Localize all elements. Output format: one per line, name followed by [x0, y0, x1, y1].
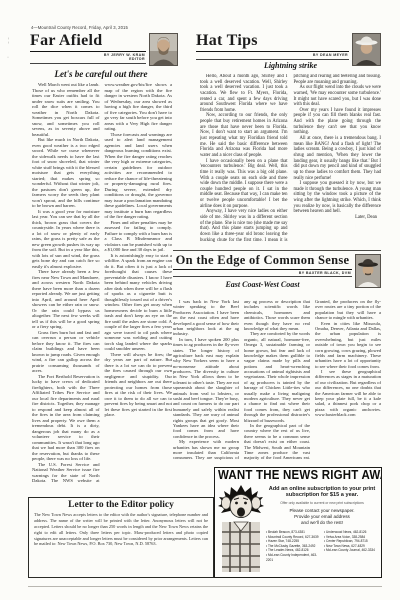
ad-paper-item: McLean County Journal, 462-3334	[324, 548, 378, 553]
hat-tips-headline: Lightning strike	[200, 62, 381, 70]
far-afield-byline: BY JERRY W. KRAM EDITOR	[30, 52, 146, 64]
page-bottom-rule	[28, 586, 382, 587]
ad-paper-list-left: Beulah Beacon, 873-4381Mountrail County …	[266, 530, 320, 562]
hat-tips-byline: BY DEAN MEYER	[196, 52, 349, 60]
far-afield-paragraph: The Fort Berthold Reservation is lucky t…	[32, 374, 100, 462]
hat-tips-paragraph: As our flight wend into the clouds we we…	[294, 85, 382, 108]
baxter-black-headshot-photo	[355, 254, 381, 288]
far-afield-paragraph: But like much in North Dakota, even good…	[32, 137, 100, 209]
letter-policy-title: Letter to the Editor policy	[34, 501, 208, 511]
far-afield-paragraph: Well March went out like a lamb. Those o…	[32, 82, 100, 137]
ad-paper-list-right: Underwood News, 462-8126Velva Area Voice…	[324, 530, 378, 562]
common-sense-masthead: On the Edge of Common Sense BY BAXTER BL…	[173, 250, 381, 289]
common-sense-byline: BY BAXTER BLACK, DVM	[173, 270, 352, 278]
far-afield-masthead: Far Afield BY JERRY W. KRAM EDITOR	[30, 33, 178, 66]
far-afield-paragraph: It was a good year for moisture last yea…	[32, 209, 100, 270]
far-afield-title: Far Afield	[30, 33, 146, 52]
hat-tips-paragraph: Over my years I have found it impresses …	[294, 108, 382, 136]
common-sense-paragraph: I see these geographical differences as …	[315, 369, 381, 418]
hat-tips-paragraph: Later, Dean	[294, 215, 382, 221]
common-sense-body: I was back in New York last winter speak…	[173, 299, 381, 463]
newspaper-page: ¦ · 4—Mountrail County Record, Friday, A…	[0, 0, 400, 600]
ad-headline: WANT THE NEWS RIGHT AWAY?	[218, 470, 378, 483]
far-afield-paragraph: Grass fires burn hot and fast and can ov…	[32, 330, 100, 374]
jerry-kram-headshot-photo	[149, 33, 178, 66]
common-sense-title: On the Edge of Common Sense	[173, 254, 352, 270]
common-sense-paragraph: In turn, I have spoken 200 plus times to…	[173, 337, 239, 439]
ad-paper-item: McLean County Independent, 463-2201	[266, 553, 320, 562]
far-afield-body: Well March went out like a lamb. Those o…	[32, 82, 172, 488]
hat-tips-body: Hello, About a month ago, Shirley and I …	[200, 74, 381, 250]
ad-fine-print: Offer only available to current or new p…	[266, 501, 378, 505]
shocked-reader-graphic	[218, 484, 264, 577]
margin-artifact-bottom: ·	[7, 55, 9, 61]
far-afield-headline: Let's be careful out there	[32, 70, 170, 79]
hat-tips-paragraph: All at once, there is a tremendous bang.…	[294, 136, 382, 181]
far-afield-paragraph: Those forecasts and warnings are used to…	[105, 132, 173, 220]
far-afield-paragraph: There will always be fires; the dry year…	[105, 352, 173, 418]
ad-offer-text: Add an online subscription to your print…	[266, 486, 378, 500]
far-afield-paragraph: There have already been a few fires near…	[32, 269, 100, 330]
common-sense-paragraph: I was back in New York last winter speak…	[173, 299, 239, 337]
far-afield-paragraph: It is astonishingly easy to start a wild…	[105, 253, 173, 352]
ad-contact-text: Please contact your newspaper. Provide y…	[266, 508, 378, 526]
margin-artifact-top: ¦	[8, 38, 9, 44]
hat-tips-paragraph: Hello, About a month ago, Shirley and I …	[200, 74, 288, 113]
hat-tips-paragraph: I have occasionally been on a plane that…	[200, 159, 288, 210]
subscription-ad: WANT THE NEWS RIGHT AWAY?	[214, 467, 382, 578]
letter-policy-body: The New Town News accepts letters to the…	[34, 512, 208, 547]
common-sense-paragraph: Even in cities like Missoula, Omaha, Den…	[315, 321, 381, 370]
common-sense-paragraph: They are comforted by the words organic,…	[244, 331, 310, 423]
common-sense-headline: East Coast-West Coast	[173, 280, 352, 289]
letter-policy-box: Letter to the Editor policy The New Town…	[28, 497, 214, 578]
far-afield-paragraph: Fines and other penalties may be assesse…	[105, 220, 173, 253]
page-folio: 4—Mountrail County Record, Friday, April…	[31, 25, 128, 30]
hat-tips-paragraph: I suppose you guessed it by now, but we …	[294, 181, 382, 215]
hat-tips-paragraph: Now, according to our friends, the only …	[200, 113, 288, 158]
hat-tips-title: Hat Tips	[196, 33, 349, 52]
